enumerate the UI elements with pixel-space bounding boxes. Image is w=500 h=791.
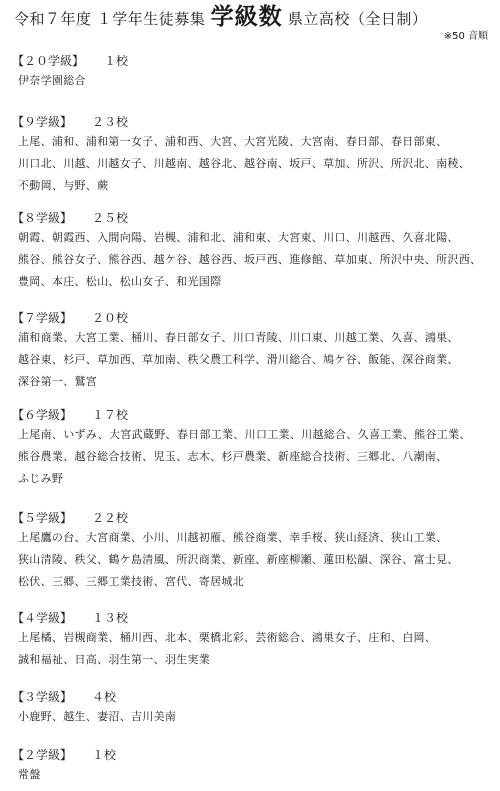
school-line: 上尾、浦和、浦和第一女子、浦和西、大宮、大宮光陵、大宮南、春日部、春日部東、 xyxy=(18,131,498,153)
school-line: 朝霞、朝霞西、入間向陽、岩槻、浦和北、浦和東、大宮東、川口、川越西、久喜北陽、 xyxy=(18,227,498,249)
page-title: 令和７年度 １学年生徒募集 学級数 県立高校（全日制） xyxy=(14,4,494,32)
school-count: １７校 xyxy=(92,406,128,424)
school-count: １校 xyxy=(104,52,128,70)
title-prefix: 令和７年度 １学年生徒募集 xyxy=(14,10,205,28)
section-2-classes: 【２学級】１校 常盤 xyxy=(12,746,498,786)
school-line: ふじみ野 xyxy=(18,468,498,490)
school-list: 上尾鷹の台、大宮商業、小川、川越初雁、熊谷商業、幸手桜、狭山経済、狭山工業、 狭… xyxy=(12,527,498,593)
school-line: 川口北、川越、川越女子、川越南、越谷北、越谷南、坂戸、草加、所沢、所沢北、南稜、 xyxy=(18,153,498,175)
school-line: 松伏、三郷、三郷工業技術、宮代、寄居城北 xyxy=(18,571,498,593)
class-count-label: 【２学級】 xyxy=(12,748,72,762)
school-list: 上尾橘、岩槻商業、桶川西、北本、栗橋北彩、芸術総合、鴻巣女子、庄和、白岡、 誠和… xyxy=(12,627,498,671)
section-9-classes: 【９学級】２３校 上尾、浦和、浦和第一女子、浦和西、大宮、大宮光陵、大宮南、春日… xyxy=(12,113,498,197)
school-list: 上尾、浦和、浦和第一女子、浦和西、大宮、大宮光陵、大宮南、春日部、春日部東、 川… xyxy=(12,131,498,197)
school-line: 豊岡、本庄、松山、松山女子、和光国際 xyxy=(18,271,498,293)
school-line: 常盤 xyxy=(18,764,498,786)
sort-order-note: ※50 音順 xyxy=(444,31,488,43)
school-line: 熊谷農業、越谷総合技術、児玉、志木、杉戸農業、新座総合技術、三郷北、八潮南、 xyxy=(18,446,498,468)
school-line: 熊谷、熊谷女子、熊谷西、越ケ谷、越谷西、坂戸西、進修館、草加東、所沢中央、所沢西… xyxy=(18,249,498,271)
school-line: 浦和商業、大宮工業、桶川、春日部女子、川口青陵、川口東、川越工業、久喜、鴻巣、 xyxy=(18,327,498,349)
school-list: 常盤 xyxy=(12,764,498,786)
section-20-classes: 【２０学級】１校 伊奈学園総合 xyxy=(12,52,498,92)
school-list: 小鹿野、越生、妻沼、吉川美南 xyxy=(12,706,498,728)
school-count: １３校 xyxy=(92,609,128,627)
school-count: ２３校 xyxy=(92,113,128,131)
school-line: 上尾鷹の台、大宮商業、小川、川越初雁、熊谷商業、幸手桜、狭山経済、狭山工業、 xyxy=(18,527,498,549)
section-heading: 【２０学級】１校 xyxy=(12,52,498,70)
class-count-label: 【３学級】 xyxy=(12,690,72,704)
section-4-classes: 【４学級】１３校 上尾橘、岩槻商業、桶川西、北本、栗橋北彩、芸術総合、鴻巣女子、… xyxy=(12,609,498,671)
title-suffix: 県立高校（全日制） xyxy=(288,10,428,28)
school-line: 上尾橘、岩槻商業、桶川西、北本、栗橋北彩、芸術総合、鴻巣女子、庄和、白岡、 xyxy=(18,627,498,649)
section-6-classes: 【６学級】１７校 上尾南、いずみ、大宮武蔵野、春日部工業、川口工業、川越総合、久… xyxy=(12,406,498,490)
class-count-label: 【７学級】 xyxy=(12,311,72,325)
section-heading: 【８学級】２５校 xyxy=(12,209,498,227)
school-list: 上尾南、いずみ、大宮武蔵野、春日部工業、川口工業、川越総合、久喜工業、熊谷工業、… xyxy=(12,424,498,490)
section-heading: 【７学級】２０校 xyxy=(12,309,498,327)
school-line: 深谷第一、鷲宮 xyxy=(18,371,498,393)
section-heading: 【３学級】４校 xyxy=(12,688,498,706)
section-heading: 【４学級】１３校 xyxy=(12,609,498,627)
class-count-label: 【５学級】 xyxy=(12,511,72,525)
school-line: 不動岡、与野、蕨 xyxy=(18,175,498,197)
section-8-classes: 【８学級】２５校 朝霞、朝霞西、入間向陽、岩槻、浦和北、浦和東、大宮東、川口、川… xyxy=(12,209,498,293)
class-count-label: 【２０学級】 xyxy=(12,54,84,68)
school-list: 浦和商業、大宮工業、桶川、春日部女子、川口青陵、川口東、川越工業、久喜、鴻巣、 … xyxy=(12,327,498,393)
class-count-label: 【６学級】 xyxy=(12,408,72,422)
section-heading: 【２学級】１校 xyxy=(12,746,498,764)
school-line: 上尾南、いずみ、大宮武蔵野、春日部工業、川口工業、川越総合、久喜工業、熊谷工業、 xyxy=(18,424,498,446)
class-count-label: 【９学級】 xyxy=(12,115,72,129)
school-line: 伊奈学園総合 xyxy=(18,70,498,92)
school-count: ４校 xyxy=(92,688,116,706)
school-list: 伊奈学園総合 xyxy=(12,70,498,92)
school-count: ２０校 xyxy=(92,309,128,327)
class-count-label: 【４学級】 xyxy=(12,611,72,625)
section-5-classes: 【５学級】２２校 上尾鷹の台、大宮商業、小川、川越初雁、熊谷商業、幸手桜、狭山経… xyxy=(12,509,498,593)
school-count: １校 xyxy=(92,746,116,764)
school-line: 小鹿野、越生、妻沼、吉川美南 xyxy=(18,706,498,728)
section-3-classes: 【３学級】４校 小鹿野、越生、妻沼、吉川美南 xyxy=(12,688,498,728)
title-emphasis: 学級数 xyxy=(211,4,283,30)
school-count: ２５校 xyxy=(92,209,128,227)
school-list: 朝霞、朝霞西、入間向陽、岩槻、浦和北、浦和東、大宮東、川口、川越西、久喜北陽、 … xyxy=(12,227,498,293)
school-count: ２２校 xyxy=(92,509,128,527)
section-heading: 【９学級】２３校 xyxy=(12,113,498,131)
school-line: 越谷東、杉戸、草加西、草加南、秩父農工科学、滑川総合、鳩ケ谷、飯能、深谷商業、 xyxy=(18,349,498,371)
section-heading: 【５学級】２２校 xyxy=(12,509,498,527)
section-heading: 【６学級】１７校 xyxy=(12,406,498,424)
school-line: 誠和福祉、日高、羽生第一、羽生実業 xyxy=(18,649,498,671)
section-7-classes: 【７学級】２０校 浦和商業、大宮工業、桶川、春日部女子、川口青陵、川口東、川越工… xyxy=(12,309,498,393)
class-count-label: 【８学級】 xyxy=(12,211,72,225)
school-line: 狭山清陵、秩父、鶴ケ島清風、所沢商業、新座、新座柳瀬、蓮田松韻、深谷、富士見、 xyxy=(18,549,498,571)
